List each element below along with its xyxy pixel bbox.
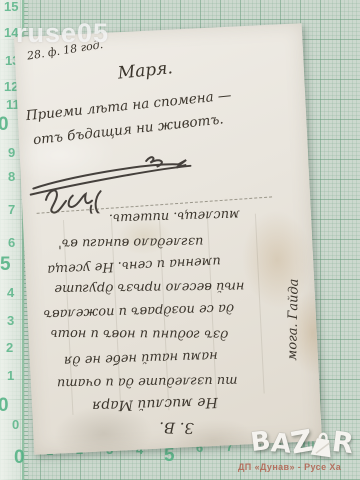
handwritten-line-rotated: именна и сень. Не усеща: [47, 254, 221, 275]
logo-caption: ДП «Дунав» - Русе Ха: [238, 462, 341, 472]
ruler-number: 6: [8, 236, 15, 249]
ruler-number: 5: [0, 255, 11, 274]
handwritten-margin-note: мога. Гайда: [286, 278, 301, 360]
ruler-number: 1: [7, 369, 14, 382]
ruler-number: 0: [14, 448, 25, 467]
handwritten-initials-rotated: З. В.: [159, 419, 194, 435]
postcard: 28. ф. 18 год. Маря. Приеми лѣта на спом…: [14, 23, 322, 455]
ruler-number: 4: [7, 286, 14, 299]
ghost-rule: [255, 214, 265, 394]
handwritten-line-rotated: нѣй весело прѣзъ другите: [54, 280, 244, 296]
handwritten-line-rotated: нами нашй небе не дя: [64, 349, 218, 367]
handwritten-line-rotated: мислещь. пишешь.: [109, 208, 240, 225]
ruler-number: 0: [12, 418, 19, 431]
ruler-number: 7: [8, 203, 15, 216]
ruler-number: 8: [8, 170, 15, 183]
handwritten-line-rotated: дзъ години и новъ и ношь: [51, 327, 229, 341]
ruler-number: 2: [6, 341, 13, 354]
logo-letter: B: [249, 428, 272, 456]
handwritten-line-rotated: Не мислий Маря: [92, 395, 218, 413]
ruler-number: 9: [8, 146, 15, 159]
photo-of-postcard: 15 14 13 12 11 0 9 8 7 6 5 4 3 2 1 0 0 0…: [0, 0, 360, 480]
ruler-number: 3: [7, 314, 14, 327]
ruler-number: 5: [164, 446, 175, 465]
ruler-number: 15: [4, 0, 18, 13]
handwritten-line-rotated: ти изгледите да и очати: [57, 374, 238, 390]
logo-letter: R: [330, 428, 355, 458]
seller-watermark: ruse05: [16, 18, 109, 49]
ruler-number: 0: [0, 115, 9, 134]
bazar-logo: B A Z R: [251, 427, 353, 457]
ruler-number: 0: [0, 396, 9, 415]
handwritten-line-rotated: изгледало винаги въ': [58, 235, 204, 250]
handwritten-salutation: Маря.: [117, 60, 174, 82]
handwritten-line-rotated: да се поздравъ и пожелавъ: [43, 302, 234, 321]
